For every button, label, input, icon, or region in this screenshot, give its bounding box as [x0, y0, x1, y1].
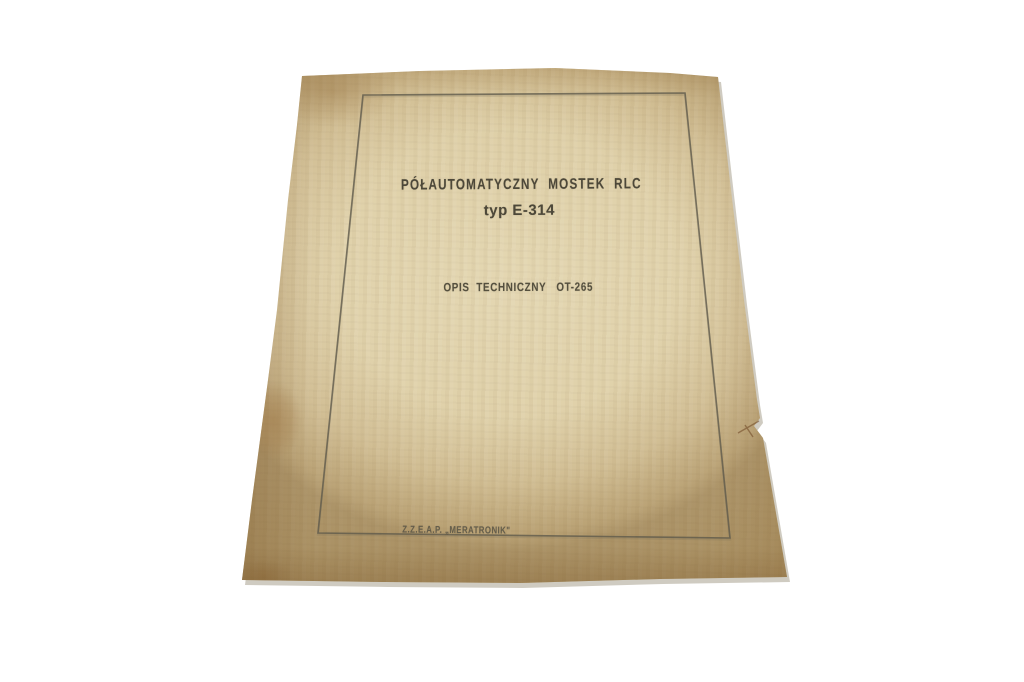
- cover-document-label-text: OPIS TECHNICZNY OT-265: [443, 278, 593, 297]
- cover-publisher-text: Z.Z.E.A.P. „MERATRONIK": [403, 523, 511, 540]
- cover-frame-overlay: [0, 0, 1024, 682]
- right-edge-crease: [738, 421, 759, 437]
- photo-backdrop: PÓŁAUTOMATYCZNY MOSTEK RLC typ E-314 OPI…: [0, 0, 1024, 682]
- cover-document-label: OPIS TECHNICZNY OT-265: [340, 259, 680, 314]
- cover-type-text: typ E-314: [484, 201, 555, 221]
- cover-type-designation: typ E-314: [340, 180, 680, 242]
- cover-publisher: Z.Z.E.A.P. „MERATRONIK": [300, 505, 600, 556]
